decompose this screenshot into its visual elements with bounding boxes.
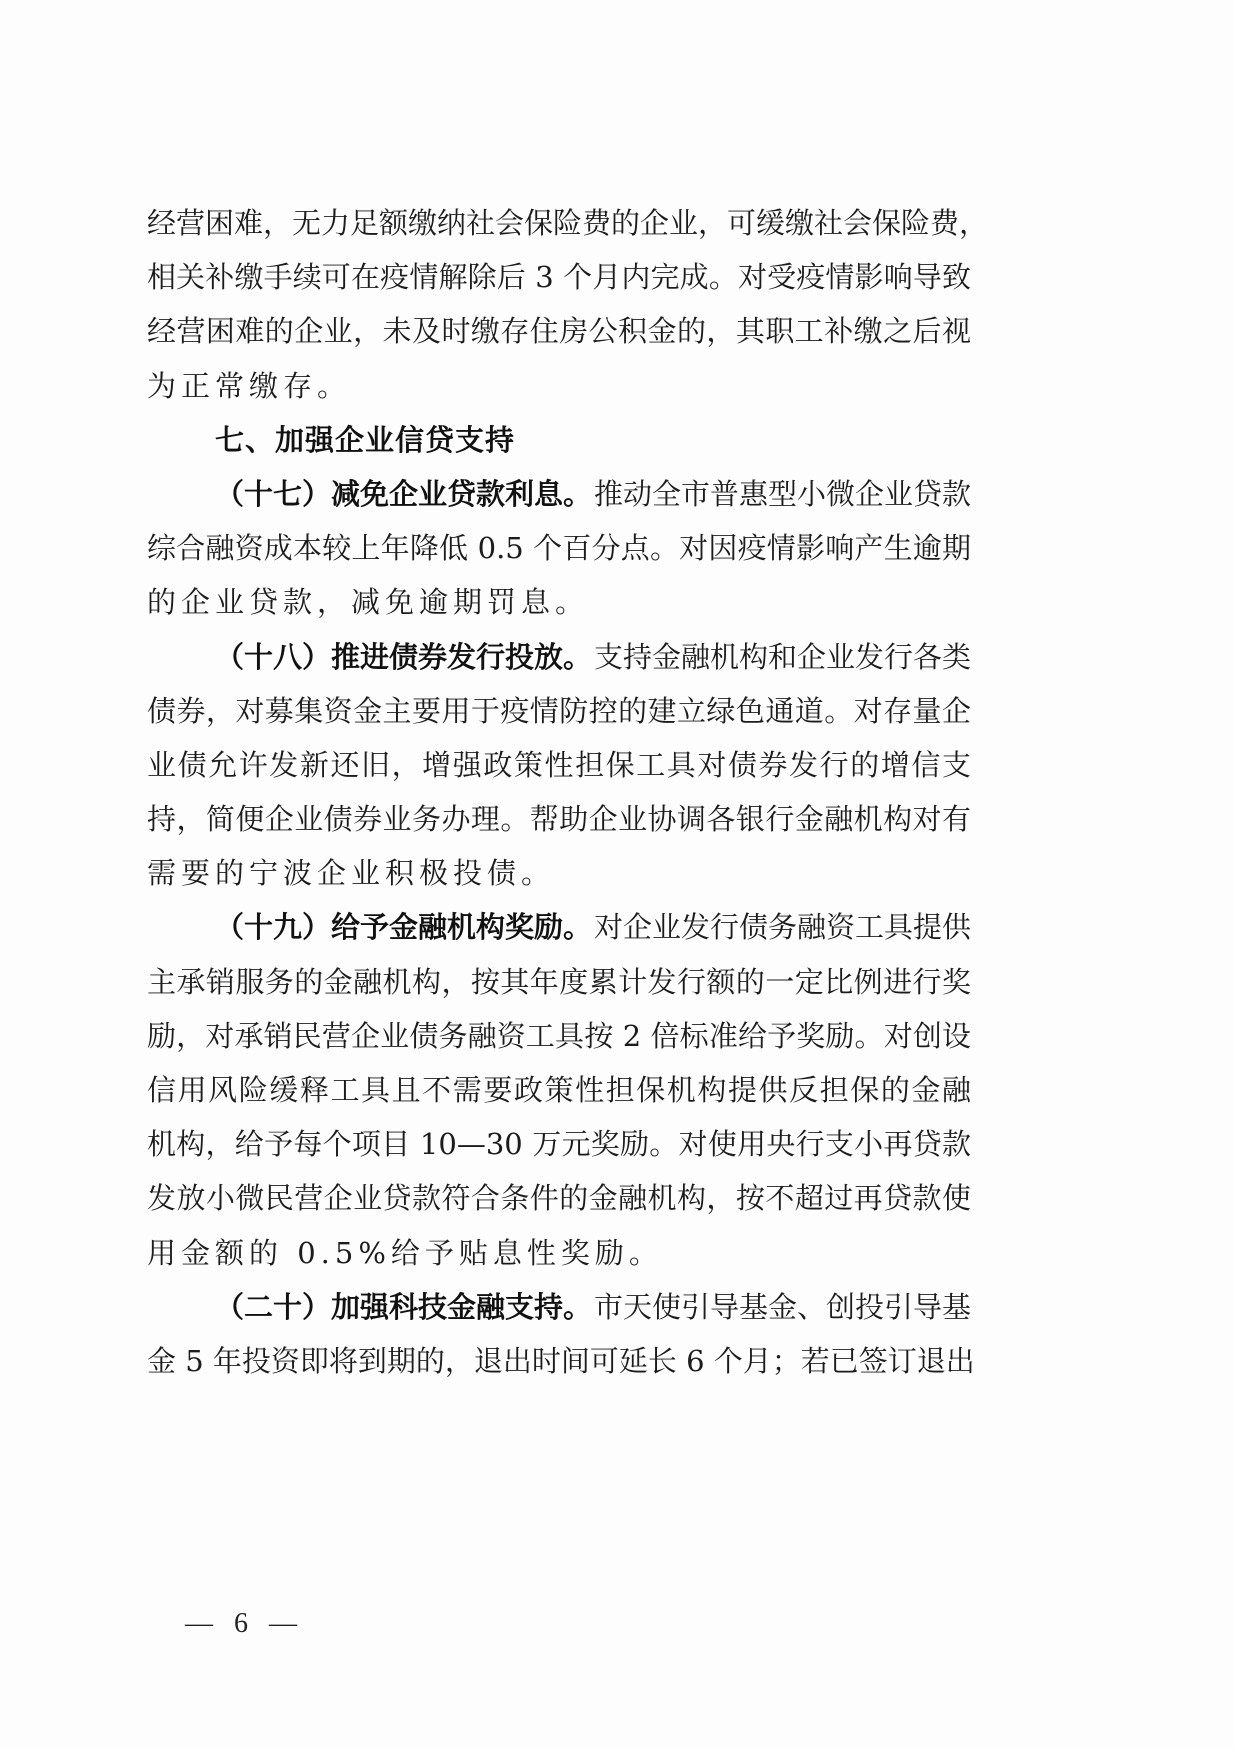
- text-line: 发放小微民营企业贷款符合条件的金融机构，按不超过再贷款使: [147, 1171, 971, 1225]
- paragraph-title: （十八）推进债券发行投放。: [215, 630, 592, 684]
- text-line: 的企业贷款，减免逾期罚息。: [147, 575, 971, 629]
- text-line: 综合融资成本较上年降低 0.5 个百分点。对因疫情影响产生逾期: [147, 521, 971, 575]
- paragraph-lead-line: （二十）加强科技金融支持。市天使引导基金、创投引导基: [147, 1280, 971, 1334]
- text-line: 金 5 年投资即将到期的，退出时间可延长 6 个月；若已签订退出: [147, 1334, 971, 1388]
- text-line: 经营困难的企业，未及时缴存住房公积金的，其职工补缴之后视: [147, 304, 971, 358]
- text-run: 市天使引导基金、创投引导基: [594, 1280, 971, 1334]
- paragraph-title: （十九）给予金融机构奖励。: [215, 900, 592, 954]
- text-line: 主承销服务的金融机构，按其年度累计发行额的一定比例进行奖: [147, 955, 971, 1009]
- text-line: 励，对承销民营企业债务融资工具按 2 倍标准给予奖励。对创设: [147, 1009, 971, 1063]
- document-body: 经营困难，无力足额缴纳社会保险费的企业，可缓缴社会保险费， 相关补缴手续可在疫情…: [147, 196, 971, 1388]
- text-run: 推动全市普惠型小微企业贷款: [594, 467, 971, 521]
- paragraph-title: （二十）加强科技金融支持。: [215, 1280, 592, 1334]
- text-line: 经营困难，无力足额缴纳社会保险费的企业，可缓缴社会保险费，: [147, 196, 971, 250]
- section-heading: 七、加强企业信贷支持: [147, 413, 971, 467]
- text-line: 信用风险缓释工具且不需要政策性担保机构提供反担保的金融: [147, 1063, 971, 1117]
- text-line: 相关补缴手续可在疫情解除后 3 个月内完成。对受疫情影响导致: [147, 250, 971, 304]
- text-line: 为正常缴存。: [147, 359, 971, 413]
- text-run: 对企业发行债务融资工具提供: [594, 900, 971, 954]
- paragraph-lead-line: （十九）给予金融机构奖励。对企业发行债务融资工具提供: [147, 900, 971, 954]
- text-run: 支持金融机构和企业发行各类: [594, 630, 971, 684]
- paragraph-title: （十七）减免企业贷款利息。: [215, 467, 592, 521]
- text-line: 机构，给予每个项目 10—30 万元奖励。对使用央行支小再贷款: [147, 1117, 971, 1171]
- paragraph-lead-line: （十八）推进债券发行投放。支持金融机构和企业发行各类: [147, 630, 971, 684]
- text-line: 需要的宁波企业积极投债。: [147, 846, 971, 900]
- document-page: 经营困难，无力足额缴纳社会保险费的企业，可缓缴社会保险费， 相关补缴手续可在疫情…: [0, 0, 1234, 1748]
- text-line: 用金额的 0.5%给予贴息性奖励。: [147, 1226, 971, 1280]
- text-line: 业债允许发新还旧，增强政策性担保工具对债券发行的增信支: [147, 738, 971, 792]
- text-line: 债券，对募集资金主要用于疫情防控的建立绿色通道。对存量企: [147, 684, 971, 738]
- paragraph-lead-line: （十七）减免企业贷款利息。推动全市普惠型小微企业贷款: [147, 467, 971, 521]
- page-number: — 6 —: [185, 1608, 299, 1640]
- text-line: 持，简便企业债券业务办理。帮助企业协调各银行金融机构对有: [147, 792, 971, 846]
